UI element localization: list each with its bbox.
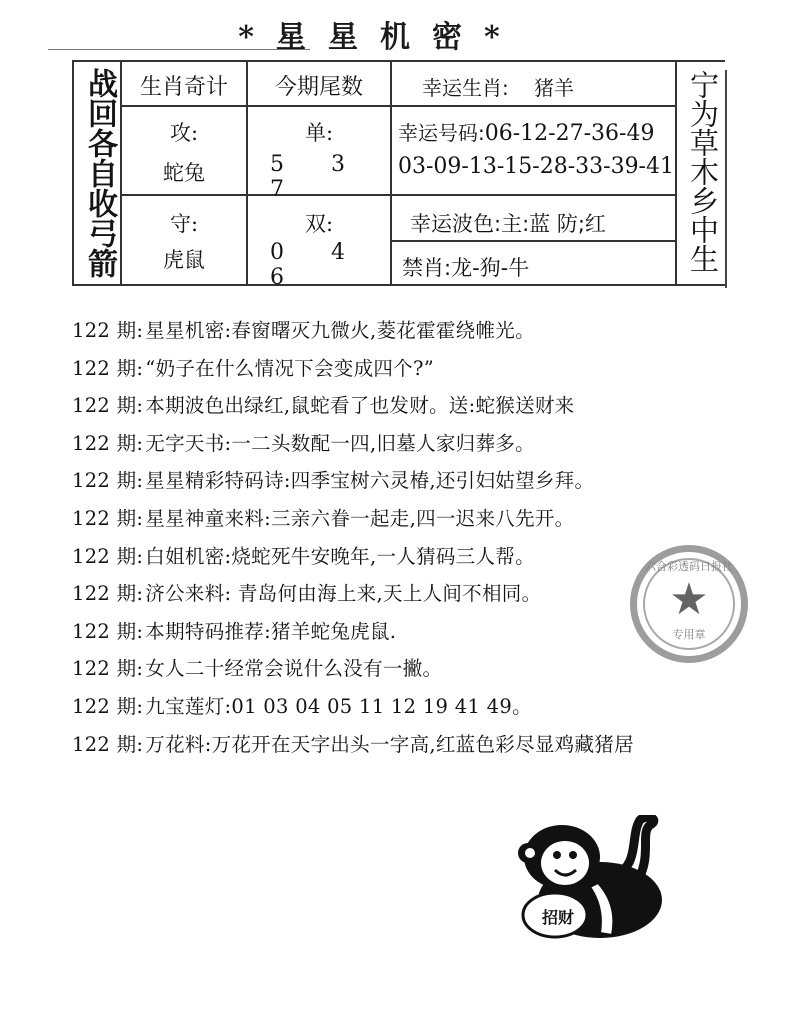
title-divider (48, 49, 310, 50)
mascot-label: 招财 (541, 908, 574, 927)
attack-label: 攻: (122, 117, 246, 147)
issue-number: 122 期: (72, 620, 143, 643)
line-text: 济公来料: 青岛何由海上来,天上人间不相同。 (145, 582, 541, 605)
line-text: 星星机密:春窗曙灭九微火,菱花霍霍绕帷光。 (145, 319, 535, 342)
line-text: 星星精彩特码诗:四季宝树六灵椿,还引妇姑望乡拜。 (145, 469, 594, 492)
right-vertical-motto: 宁为草木乡中生 (682, 70, 718, 273)
lucky-numbers-label: 幸运号码: (398, 121, 485, 145)
list-item: 122 期:万花料:万花开在天字出头一字高,红蓝色彩尽显鸡藏猪居 (72, 726, 790, 764)
issue-number: 122 期: (72, 545, 143, 568)
issue-number: 122 期: (72, 432, 143, 455)
issue-number: 122 期: (72, 394, 143, 417)
even-digits: 0 4 6 (270, 240, 390, 290)
list-item: 122 期:九宝莲灯:01 03 04 05 11 12 19 41 49。 (72, 688, 790, 726)
line-text: 本期特码推荐:猪羊蛇兔虎鼠. (145, 620, 396, 643)
list-item: 122 期:星星机密:春窗曙灭九微火,菱花霍霍绕帷光。 (72, 312, 790, 350)
lucky-numbers-secondary: 03-09-13-15-28-33-39-41 (398, 154, 678, 179)
line-text: 万花料:万花开在天字出头一字高,红蓝色彩尽显鸡藏猪居 (145, 733, 634, 756)
line-text: “奶子在什么情况下会变成四个?” (145, 357, 434, 380)
defend-zodiac: 虎鼠 (122, 244, 246, 274)
prediction-list: 122 期:星星机密:春窗曙灭九微火,菱花霍霍绕帷光。 122 期:“奶子在什么… (72, 312, 790, 763)
line-text: 九宝莲灯:01 03 04 05 11 12 19 41 49。 (145, 695, 532, 718)
line-text: 无字天书:一二头数配一四,旧墓人家归葬多。 (145, 432, 535, 455)
divider (120, 194, 675, 196)
odd-digits: 5 3 7 (270, 152, 390, 202)
lucky-zodiac-label: 幸运生肖: (422, 72, 532, 101)
issue-number: 122 期: (72, 695, 143, 718)
lucky-color: 幸运波色:主:蓝 防;红 (410, 208, 675, 238)
star-icon: ★ (637, 578, 741, 622)
list-item: 122 期:本期波色出绿红,鼠蛇看了也发财。送:蛇猴送财来 (72, 387, 790, 425)
official-seal: 六合彩透码日报社 ★ 专用章 (630, 545, 748, 663)
lucky-numbers-primary: 06-12-27-36-49 (485, 121, 655, 146)
attack-zodiac: 蛇兔 (122, 157, 246, 187)
header-zodiac-plan: 生肖奇计 (122, 70, 246, 101)
divider (390, 240, 675, 242)
list-item: 122 期:星星神童来料:三亲六眷一起走,四一迟来八先开。 (72, 500, 790, 538)
divider (390, 62, 392, 284)
monkey-icon: 招财 (500, 815, 675, 940)
issue-number: 122 期: (72, 357, 143, 380)
lucky-numbers-row-1: 幸运号码:06-12-27-36-49 (398, 117, 678, 146)
even-label: 双: (248, 208, 390, 238)
issue-number: 122 期: (72, 733, 143, 756)
divider (120, 105, 675, 107)
seal-bottom-text: 专用章 (637, 626, 741, 642)
issue-number: 122 期: (72, 657, 143, 680)
info-table: 战回各自收弓箭 生肖奇计 今期尾数 幸运生肖: 猪羊 攻: 蛇兔 单: 5 3 … (72, 60, 725, 286)
forbidden-zodiac: 禁肖:龙-狗-牛 (402, 252, 667, 282)
issue-number: 122 期: (72, 582, 143, 605)
line-text: 本期波色出绿红,鼠蛇看了也发财。送:蛇猴送财来 (145, 394, 574, 417)
list-item: 122 期:“奶子在什么情况下会变成四个?” (72, 350, 790, 388)
lucky-zodiac-value: 猪羊 (534, 72, 614, 101)
issue-number: 122 期: (72, 469, 143, 492)
line-text: 星星神童来料:三亲六眷一起走,四一迟来八先开。 (145, 507, 574, 530)
header-tail-numbers: 今期尾数 (248, 70, 390, 101)
left-vertical-motto: 战回各自收弓箭 (79, 68, 115, 278)
seal-ring-text: 六合彩透码日报社 (637, 558, 741, 574)
line-text: 白姐机密:烧蛇死牛安晚年,一人猜码三人帮。 (145, 545, 535, 568)
line-text: 女人二十经常会说什么没有一撇。 (145, 657, 442, 680)
defend-label: 守: (122, 208, 246, 238)
list-item: 122 期:无字天书:一二头数配一四,旧墓人家归葬多。 (72, 425, 790, 463)
odd-label: 单: (248, 117, 390, 147)
list-item: 122 期:星星精彩特码诗:四季宝树六灵椿,还引妇姑望乡拜。 (72, 462, 790, 500)
issue-number: 122 期: (72, 319, 143, 342)
issue-number: 122 期: (72, 507, 143, 530)
divider (725, 70, 727, 288)
